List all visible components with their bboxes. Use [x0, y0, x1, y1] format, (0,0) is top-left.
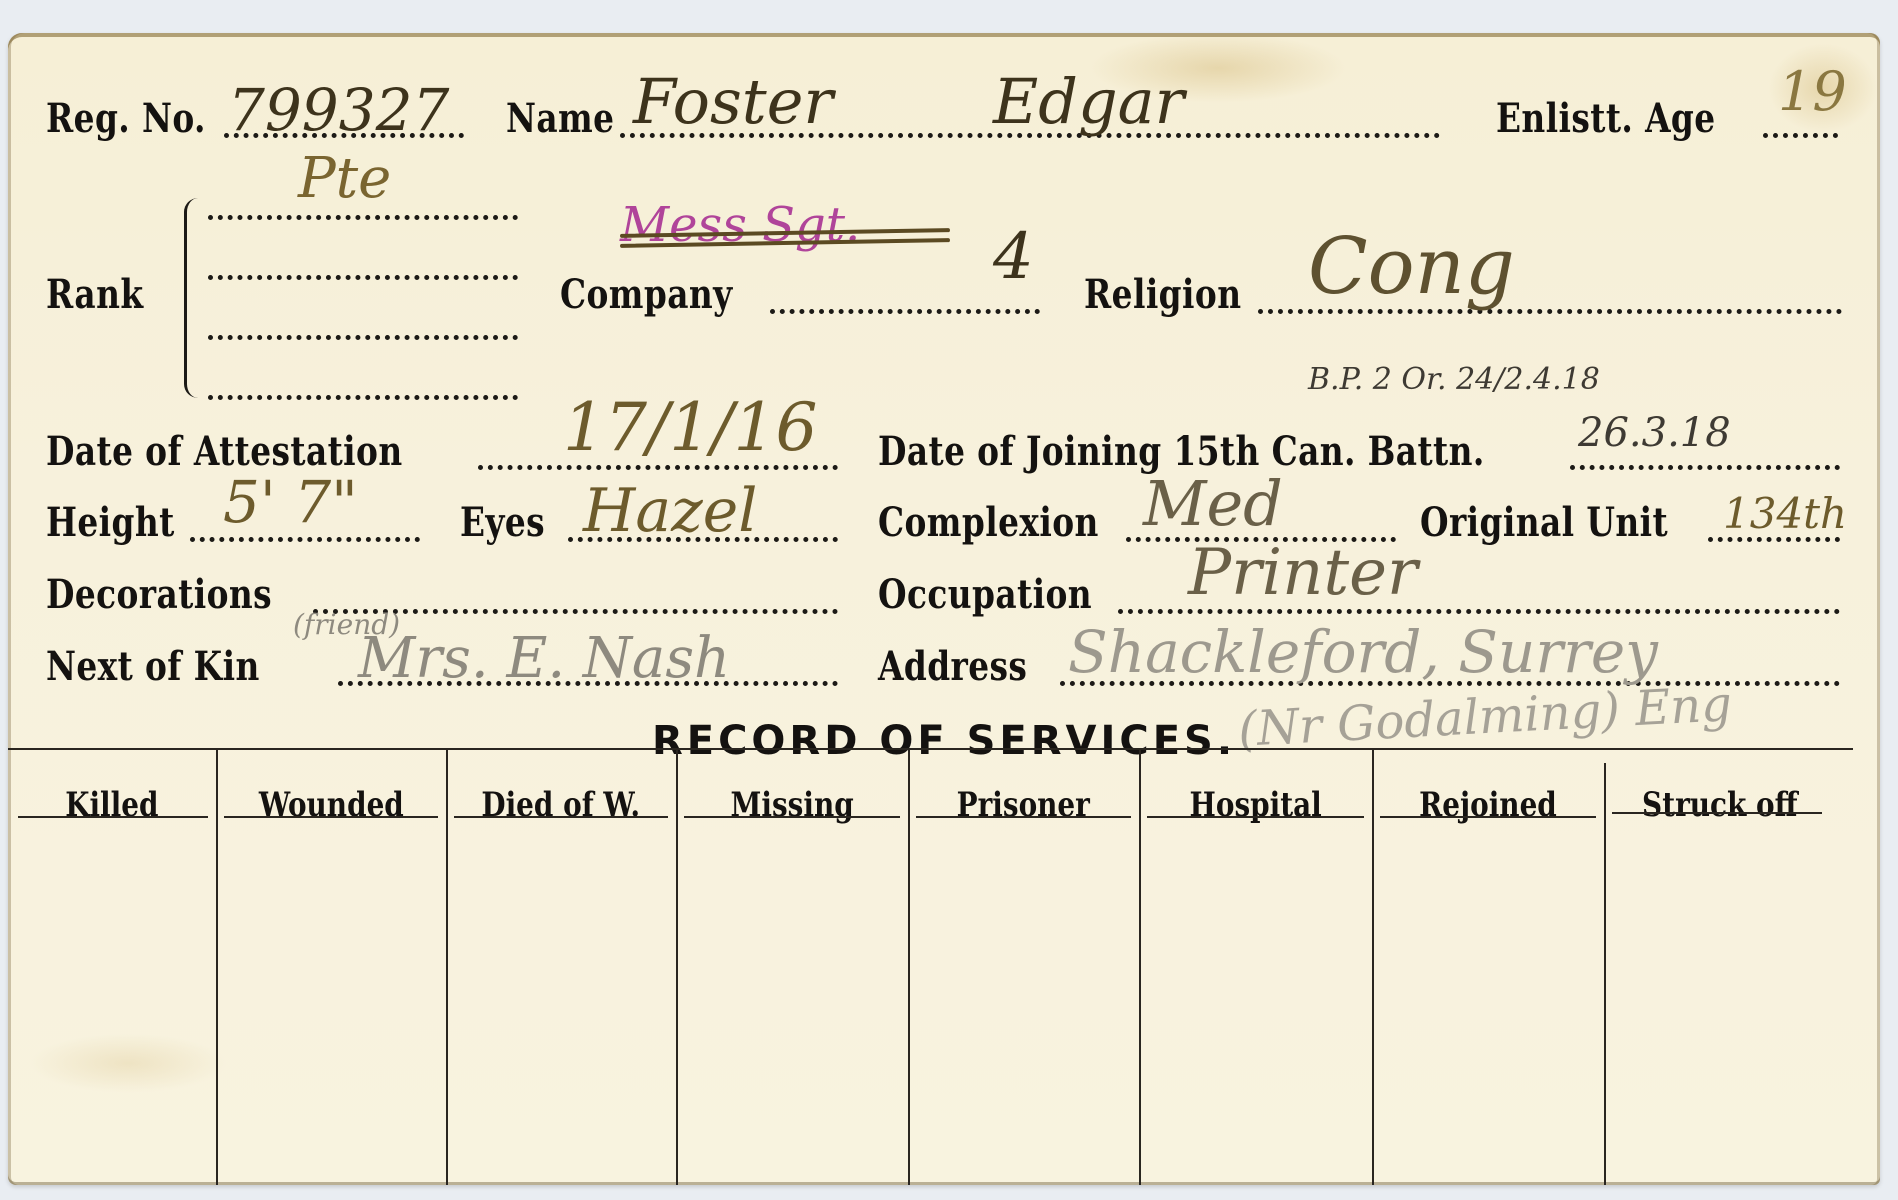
- header-underline: [18, 816, 208, 818]
- next-of-kin-label: Next of Kin: [46, 643, 260, 690]
- column-header-hospital: Hospital: [1139, 785, 1372, 825]
- rank-value: Pte: [298, 151, 391, 207]
- column-header-prisoner: Prisoner: [908, 785, 1139, 825]
- religion-label: Religion: [1084, 271, 1241, 318]
- complexion-label: Complexion: [878, 499, 1099, 546]
- header-underline: [1612, 812, 1822, 814]
- header-underline: [916, 816, 1131, 818]
- rank-line-2: [208, 275, 518, 280]
- height-line: [190, 537, 420, 542]
- service-record-card: Reg. No. 799327 Name Foster Edgar Enlist…: [8, 33, 1880, 1185]
- column-header-wounded: Wounded: [216, 785, 446, 825]
- header-underline: [684, 816, 900, 818]
- company-value: 4: [993, 225, 1034, 289]
- column-header-missing: Missing: [676, 785, 908, 825]
- enlist-age-line: [1763, 133, 1838, 138]
- occupation-value: Printer: [1188, 541, 1418, 605]
- table-top-line: [8, 748, 1853, 750]
- column-divider: [1604, 763, 1606, 1185]
- enlist-age-label: Enlistt. Age: [1496, 95, 1716, 142]
- stain: [28, 1033, 228, 1093]
- joining-value: 26.3.18: [1578, 413, 1731, 453]
- reg-no-label: Reg. No.: [46, 95, 206, 142]
- surname-value: Foster: [633, 71, 833, 133]
- original-unit-label: Original Unit: [1420, 499, 1668, 546]
- decorations-label: Decorations: [46, 571, 272, 618]
- height-value: 5' 7": [223, 473, 358, 531]
- company-label: Company: [560, 271, 733, 318]
- rank-label: Rank: [46, 271, 143, 318]
- religion-value: Cong: [1308, 228, 1515, 306]
- address-line1-value: Shackleford, Surrey: [1068, 623, 1658, 681]
- header-underline: [1380, 816, 1596, 818]
- column-header-died-of-wounds: Died of W.: [446, 785, 676, 825]
- rank-brace: [184, 198, 201, 398]
- enlist-age-value: 19: [1778, 65, 1847, 119]
- joining-note: B.P. 2 Or. 24/2.4.18: [1308, 365, 1600, 395]
- complexion-value: Med: [1143, 473, 1283, 535]
- column-header-rejoined: Rejoined: [1372, 785, 1604, 825]
- column-header-killed: Killed: [8, 785, 216, 825]
- eyes-value: Hazel: [583, 481, 757, 541]
- rank-line-3: [208, 335, 518, 340]
- eyes-label: Eyes: [460, 499, 545, 546]
- rank-line-4: [208, 395, 518, 400]
- header-underline: [224, 816, 438, 818]
- address-label: Address: [878, 643, 1027, 690]
- record-of-services-title: RECORD OF SERVICES.: [8, 718, 1880, 764]
- joining-line: [1570, 465, 1840, 470]
- name-label: Name: [506, 95, 614, 142]
- height-label: Height: [46, 499, 175, 546]
- column-header-struck-off: Struck off: [1604, 785, 1836, 825]
- reg-no-value: 799327: [228, 81, 449, 139]
- company-line: [770, 309, 1040, 314]
- attestation-value: 17/1/16: [563, 395, 817, 461]
- next-of-kin-value: Mrs. E. Nash: [358, 631, 730, 687]
- occupation-label: Occupation: [878, 571, 1092, 618]
- given-name-value: Edgar: [993, 71, 1184, 133]
- header-underline: [454, 816, 668, 818]
- rank-line-1: [208, 215, 518, 220]
- header-underline: [1147, 816, 1364, 818]
- original-unit-value: 134th: [1723, 493, 1847, 535]
